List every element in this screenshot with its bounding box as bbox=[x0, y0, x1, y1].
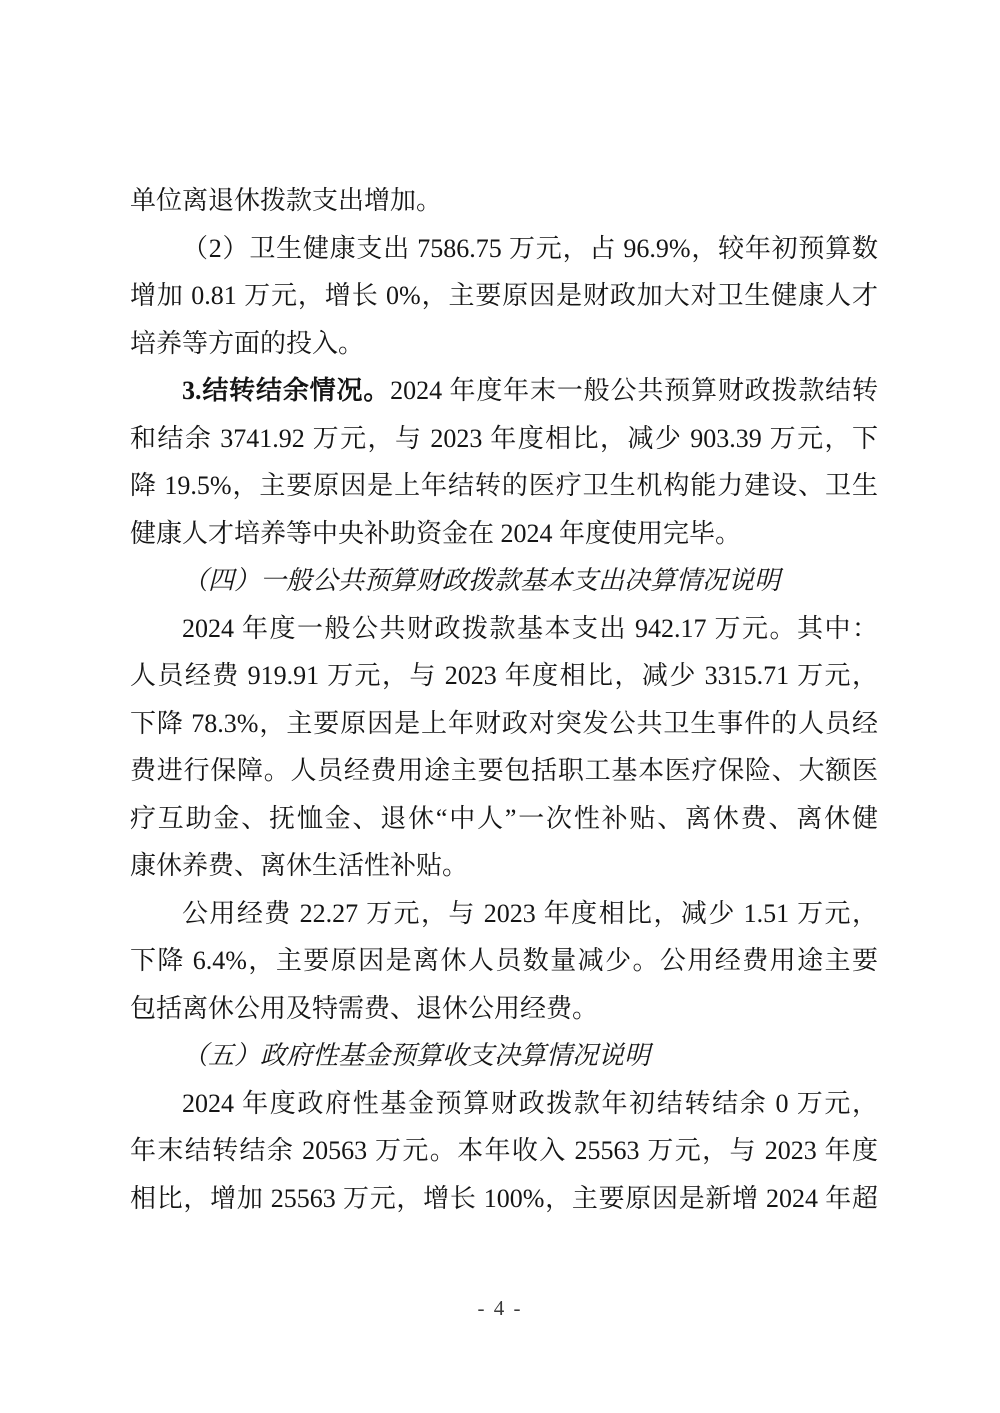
text-line: 2024 年度一般公共财政拨款基本支出 942.17 万元。其中： bbox=[130, 605, 878, 653]
paragraph: 3.结转结余情况。2024 年度年末一般公共预算财政拨款结转和结余 3741.9… bbox=[130, 367, 878, 557]
section-heading: （五）政府性基金预算收支决算情况说明 bbox=[130, 1032, 878, 1080]
text-line: 人员经费 919.91 万元，与 2023 年度相比，减少 3315.71 万元… bbox=[130, 652, 878, 700]
text-line: 疗互助金、抚恤金、退休“中人”一次性补贴、离休费、离休健 bbox=[130, 795, 878, 843]
text-line: 降 19.5%，主要原因是上年结转的医疗卫生机构能力建设、卫生 bbox=[130, 462, 878, 510]
text-run: 增加 0.81 万元，增长 0%，主要原因是财政加大对卫生健康人才 bbox=[130, 281, 878, 310]
text-run: 培养等方面的投入。 bbox=[130, 329, 364, 358]
page-number: - 4 - bbox=[0, 1296, 1000, 1321]
section-heading: （四）一般公共预算财政拨款基本支出决算情况说明 bbox=[130, 557, 878, 605]
text-line: 和结余 3741.92 万元，与 2023 年度相比，减少 903.39 万元，… bbox=[130, 415, 878, 463]
text-line: 下降 6.4%，主要原因是离休人员数量减少。公用经费用途主要 bbox=[130, 937, 878, 985]
text-run: （五）政府性基金预算收支决算情况说明 bbox=[182, 1041, 650, 1070]
text-line: 相比，增加 25563 万元，增长 100%，主要原因是新增 2024 年超 bbox=[130, 1175, 878, 1223]
text-run: 年末结转结余 20563 万元。本年收入 25563 万元，与 2023 年度 bbox=[130, 1136, 878, 1165]
paragraph: （2）卫生健康支出 7586.75 万元，占 96.9%，较年初预算数增加 0.… bbox=[130, 225, 878, 368]
text-run: 2024 年度一般公共财政拨款基本支出 942.17 万元。其中： bbox=[182, 614, 878, 643]
paragraph: 2024 年度政府性基金预算财政拨款年初结转结余 0 万元，年末结转结余 205… bbox=[130, 1080, 878, 1223]
text-line: （四）一般公共预算财政拨款基本支出决算情况说明 bbox=[130, 557, 878, 605]
paragraph: 公用经费 22.27 万元，与 2023 年度相比，减少 1.51 万元，下降 … bbox=[130, 890, 878, 1033]
text-run: 公用经费 22.27 万元，与 2023 年度相比，减少 1.51 万元， bbox=[182, 899, 878, 928]
text-run: 相比，增加 25563 万元，增长 100%，主要原因是新增 2024 年超 bbox=[130, 1184, 878, 1213]
text-line: 年末结转结余 20563 万元。本年收入 25563 万元，与 2023 年度 bbox=[130, 1127, 878, 1175]
text-line: （2）卫生健康支出 7586.75 万元，占 96.9%，较年初预算数 bbox=[130, 225, 878, 273]
document-page: 单位离退休拨款支出增加。（2）卫生健康支出 7586.75 万元，占 96.9%… bbox=[0, 0, 1000, 1413]
text-run: 单位离退休拨款支出增加。 bbox=[130, 186, 442, 215]
text-run: 下降 78.3%，主要原因是上年财政对突发公共卫生事件的人员经 bbox=[130, 709, 878, 738]
text-line: （五）政府性基金预算收支决算情况说明 bbox=[130, 1032, 878, 1080]
text-run: 健康人才培养等中央补助资金在 2024 年度使用完毕。 bbox=[130, 519, 741, 548]
text-run: 费进行保障。人员经费用途主要包括职工基本医疗保险、大额医 bbox=[130, 756, 878, 785]
text-run: 包括离休公用及特需费、退休公用经费。 bbox=[130, 994, 598, 1023]
text-line: 费进行保障。人员经费用途主要包括职工基本医疗保险、大额医 bbox=[130, 747, 878, 795]
text-line: 增加 0.81 万元，增长 0%，主要原因是财政加大对卫生健康人才 bbox=[130, 272, 878, 320]
document-body: 单位离退休拨款支出增加。（2）卫生健康支出 7586.75 万元，占 96.9%… bbox=[130, 177, 878, 1222]
text-run: 人员经费 919.91 万元，与 2023 年度相比，减少 3315.71 万元… bbox=[130, 661, 878, 690]
text-line: 包括离休公用及特需费、退休公用经费。 bbox=[130, 985, 878, 1033]
text-run: （四）一般公共预算财政拨款基本支出决算情况说明 bbox=[182, 566, 780, 595]
text-run: 疗互助金、抚恤金、退休“中人”一次性补贴、离休费、离休健 bbox=[130, 804, 878, 833]
text-run: 和结余 3741.92 万元，与 2023 年度相比，减少 903.39 万元，… bbox=[130, 424, 878, 453]
text-line: 单位离退休拨款支出增加。 bbox=[130, 177, 878, 225]
text-run: 2024 年度政府性基金预算财政拨款年初结转结余 0 万元， bbox=[182, 1089, 878, 1118]
text-run: 康休养费、离休生活性补贴。 bbox=[130, 851, 468, 880]
paragraph: 2024 年度一般公共财政拨款基本支出 942.17 万元。其中：人员经费 91… bbox=[130, 605, 878, 890]
text-line: 下降 78.3%，主要原因是上年财政对突发公共卫生事件的人员经 bbox=[130, 700, 878, 748]
text-line: 2024 年度政府性基金预算财政拨款年初结转结余 0 万元， bbox=[130, 1080, 878, 1128]
text-line: 健康人才培养等中央补助资金在 2024 年度使用完毕。 bbox=[130, 510, 878, 558]
text-line: 培养等方面的投入。 bbox=[130, 320, 878, 368]
text-run: 2024 年度年末一般公共预算财政拨款结转 bbox=[390, 376, 878, 405]
text-line: 公用经费 22.27 万元，与 2023 年度相比，减少 1.51 万元， bbox=[130, 890, 878, 938]
text-line: 3.结转结余情况。2024 年度年末一般公共预算财政拨款结转 bbox=[130, 367, 878, 415]
paragraph: 单位离退休拨款支出增加。 bbox=[130, 177, 878, 225]
text-run: 下降 6.4%，主要原因是离休人员数量减少。公用经费用途主要 bbox=[130, 946, 878, 975]
text-run: 降 19.5%，主要原因是上年结转的医疗卫生机构能力建设、卫生 bbox=[130, 471, 878, 500]
text-line: 康休养费、离休生活性补贴。 bbox=[130, 842, 878, 890]
bold-run: 3.结转结余情况。 bbox=[182, 376, 390, 405]
text-run: （2）卫生健康支出 7586.75 万元，占 96.9%，较年初预算数 bbox=[182, 234, 878, 263]
